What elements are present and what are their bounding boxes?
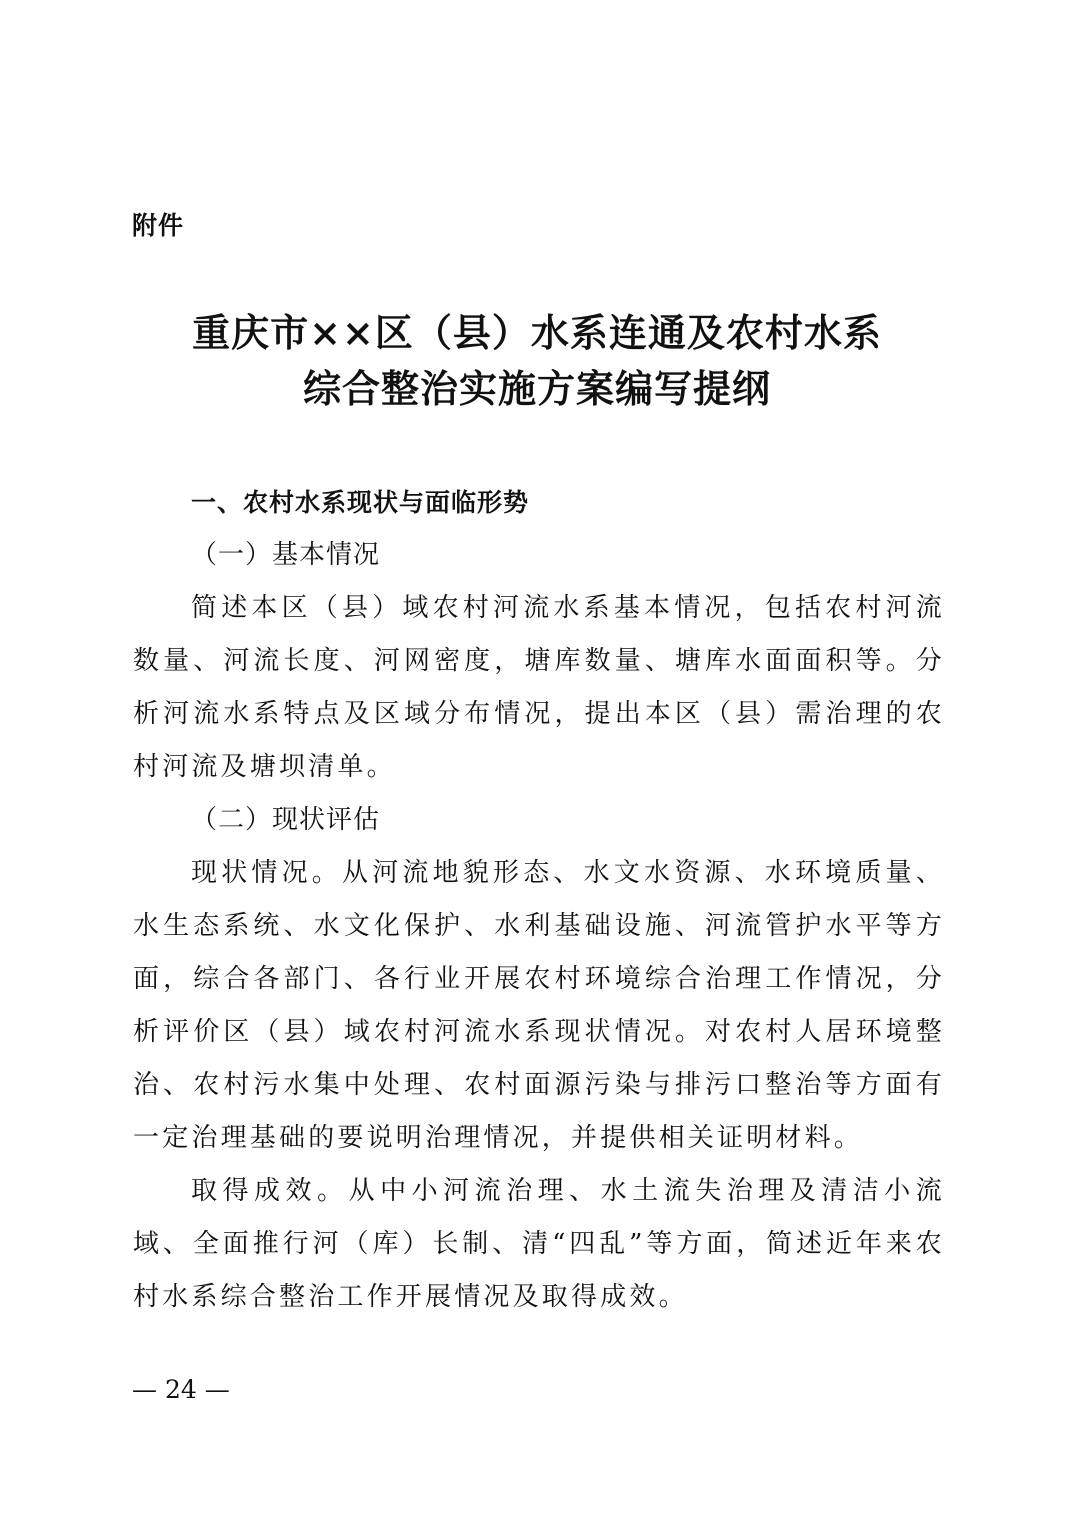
title-line-1: 重庆市××区（县）水系连通及农村水系	[0, 305, 1074, 361]
attachment-label: 附件	[132, 208, 184, 244]
subsection-heading: （一）基本情况	[133, 529, 945, 582]
title-line-2: 综合整治实施方案编写提纲	[0, 361, 1074, 417]
subsection-heading: （二）现状评估	[133, 794, 945, 847]
document-title: 重庆市××区（县）水系连通及农村水系 综合整治实施方案编写提纲	[0, 305, 1074, 417]
body-paragraph: 取得成效。从中小河流治理、水土流失治理及清洁小流域、全面推行河（库）长制、清“四…	[133, 1165, 945, 1324]
body-paragraph: 现状情况。从河流地貌形态、水文水资源、水环境质量、水生态系统、水文化保护、水利基…	[133, 847, 945, 1165]
section-heading: 一、农村水系现状与面临形势	[133, 476, 945, 529]
document-page: 附件 重庆市××区（县）水系连通及农村水系 综合整治实施方案编写提纲 一、农村水…	[0, 0, 1074, 1520]
body-paragraph: 简述本区（县）域农村河流水系基本情况，包括农村河流数量、河流长度、河网密度，塘库…	[133, 582, 945, 794]
document-body: 一、农村水系现状与面临形势 （一）基本情况 简述本区（县）域农村河流水系基本情况…	[133, 476, 945, 1324]
page-number: — 24 —	[132, 1372, 230, 1408]
